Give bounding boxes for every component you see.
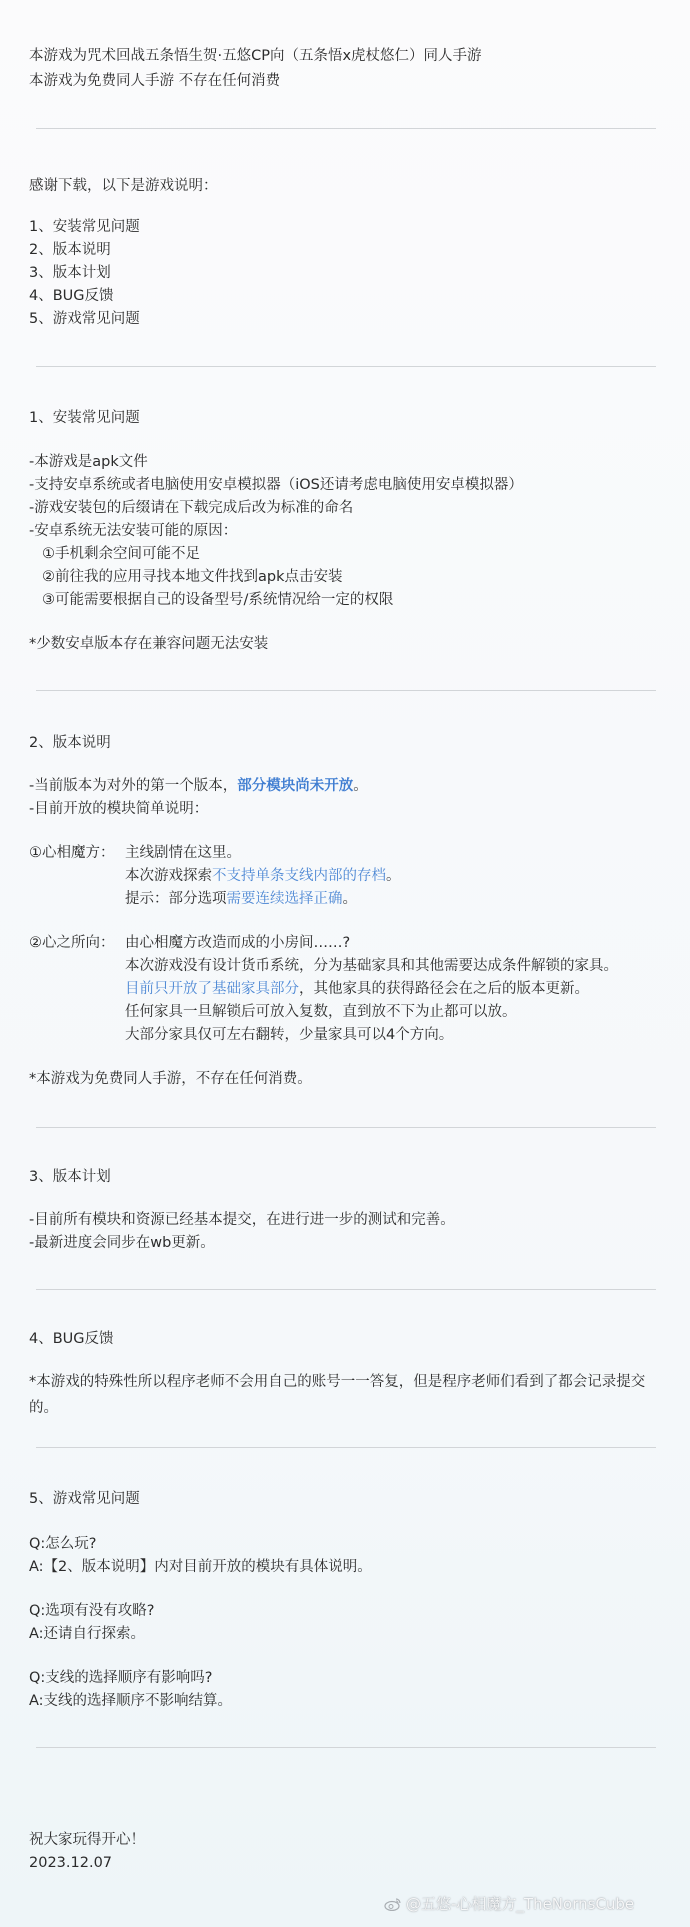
module1-line-1: 主线剧情在这里。 <box>125 843 241 865</box>
divider <box>36 1127 656 1128</box>
highlight-text: 需要连续选择正确 <box>227 891 343 907</box>
faq-question: Q:支线的选择顺序有影响吗? <box>29 1668 213 1690</box>
text: ，其他家具的获得路径会在之后的版本更新。 <box>299 981 589 997</box>
toc-item-3: 3、版本计划 <box>29 263 111 285</box>
text: 本次游戏探索 <box>125 868 212 884</box>
section2-line-2: -目前开放的模块简单说明： <box>29 799 208 821</box>
text: -当前版本为对外的第一个版本， <box>29 778 237 794</box>
module2-line-2: 本次游戏没有设计货币系统，分为基础家具和其他需要达成条件解锁的家具。 <box>125 956 618 978</box>
toc-item-4: 4、BUG反馈 <box>29 286 114 308</box>
module2-line-4: 任何家具一旦解锁后可放入复数，直到放不下为止都可以放。 <box>125 1002 517 1024</box>
toc-heading: 感谢下载，以下是游戏说明： <box>29 176 218 198</box>
section1-note: *少数安卓版本存在兼容问题无法安装 <box>29 634 268 656</box>
section3-line: -最新进度会同步在wb更新。 <box>29 1233 215 1255</box>
faq-answer: A:还请自行探索。 <box>29 1624 145 1646</box>
section4-text: *本游戏的特殊性所以程序老师不会用自己的账号一一答复，但是程序老师们看到了都会记… <box>29 1369 659 1421</box>
section4-title: 4、BUG反馈 <box>29 1329 114 1351</box>
text: 提示：部分选项 <box>125 891 227 907</box>
module2-line-1: 由心相魔方改造而成的小房间……? <box>125 933 350 955</box>
text: 。 <box>343 891 358 907</box>
intro-line-1: 本游戏为咒术回战五条悟生贺·五悠CP向（五条悟x虎杖悠仁）同人手游 <box>29 46 482 68</box>
module1-line-2: 本次游戏探索不支持单条支线内部的存档。 <box>125 866 401 888</box>
section1-line: -安卓系统无法安装可能的原因： <box>29 521 237 543</box>
section1-line: -游戏安装包的后缀请在下载完成后改为标准的命名 <box>29 498 353 520</box>
section3-line: -目前所有模块和资源已经基本提交，在进行进一步的测试和完善。 <box>29 1210 455 1232</box>
module1-line-3: 提示：部分选项需要连续选择正确。 <box>125 889 357 911</box>
divider <box>36 366 656 367</box>
divider <box>36 1289 656 1290</box>
section1-title: 1、安装常见问题 <box>29 408 140 430</box>
section2-note: *本游戏为免费同人手游，不存在任何消费。 <box>29 1069 312 1091</box>
closing-date: 2023.12.07 <box>29 1853 112 1875</box>
module1-label: ①心相魔方： <box>29 843 115 865</box>
watermark: @五悠-心相魔方_TheNornsCube <box>384 1893 634 1914</box>
text: 。 <box>386 868 401 884</box>
module2-label: ②心之所向： <box>29 933 115 955</box>
module2-line-3: 目前只开放了基础家具部分，其他家具的获得路径会在之后的版本更新。 <box>125 979 589 1001</box>
intro-line-2: 本游戏为免费同人手游 不存在任何消费 <box>29 71 280 93</box>
divider <box>36 1447 656 1448</box>
faq-answer: A:支线的选择顺序不影响结算。 <box>29 1691 232 1713</box>
faq-answer: A:【2、版本说明】内对目前开放的模块有具体说明。 <box>29 1557 372 1579</box>
faq-question: Q:怎么玩? <box>29 1534 97 1556</box>
section2-title: 2、版本说明 <box>29 733 111 755</box>
section5-title: 5、游戏常见问题 <box>29 1489 140 1511</box>
install-reason: ③可能需要根据自己的设备型号/系统情况给一定的权限 <box>42 590 393 612</box>
divider <box>36 1747 656 1748</box>
module2-line-5: 大部分家具仅可左右翻转，少量家具可以4个方向。 <box>125 1025 453 1047</box>
watermark-text: @五悠-心相魔方_TheNornsCube <box>406 1893 634 1914</box>
section2-line-1: -当前版本为对外的第一个版本，部分模块尚未开放。 <box>29 776 368 798</box>
divider <box>36 690 656 691</box>
highlight-text: 不支持单条支线内部的存档 <box>212 868 386 884</box>
section1-line: -支持安卓系统或者电脑使用安卓模拟器（iOS还请考虑电脑使用安卓模拟器） <box>29 475 523 497</box>
section1-line: -本游戏是apk文件 <box>29 452 148 474</box>
toc-item-1: 1、安装常见问题 <box>29 217 140 239</box>
divider <box>36 128 656 129</box>
highlight-text: 目前只开放了基础家具部分 <box>125 981 299 997</box>
text: 。 <box>353 778 368 794</box>
closing-message: 祝大家玩得开心！ <box>29 1830 145 1852</box>
toc-item-5: 5、游戏常见问题 <box>29 309 140 331</box>
highlight-text: 部分模块尚未开放 <box>237 778 353 794</box>
install-reason: ①手机剩余空间可能不足 <box>42 544 200 566</box>
toc-item-2: 2、版本说明 <box>29 240 111 262</box>
section3-title: 3、版本计划 <box>29 1167 111 1189</box>
weibo-icon <box>384 1897 402 1911</box>
install-reason: ②前往我的应用寻找本地文件找到apk点击安装 <box>42 567 342 589</box>
faq-question: Q:选项有没有攻略? <box>29 1601 155 1623</box>
